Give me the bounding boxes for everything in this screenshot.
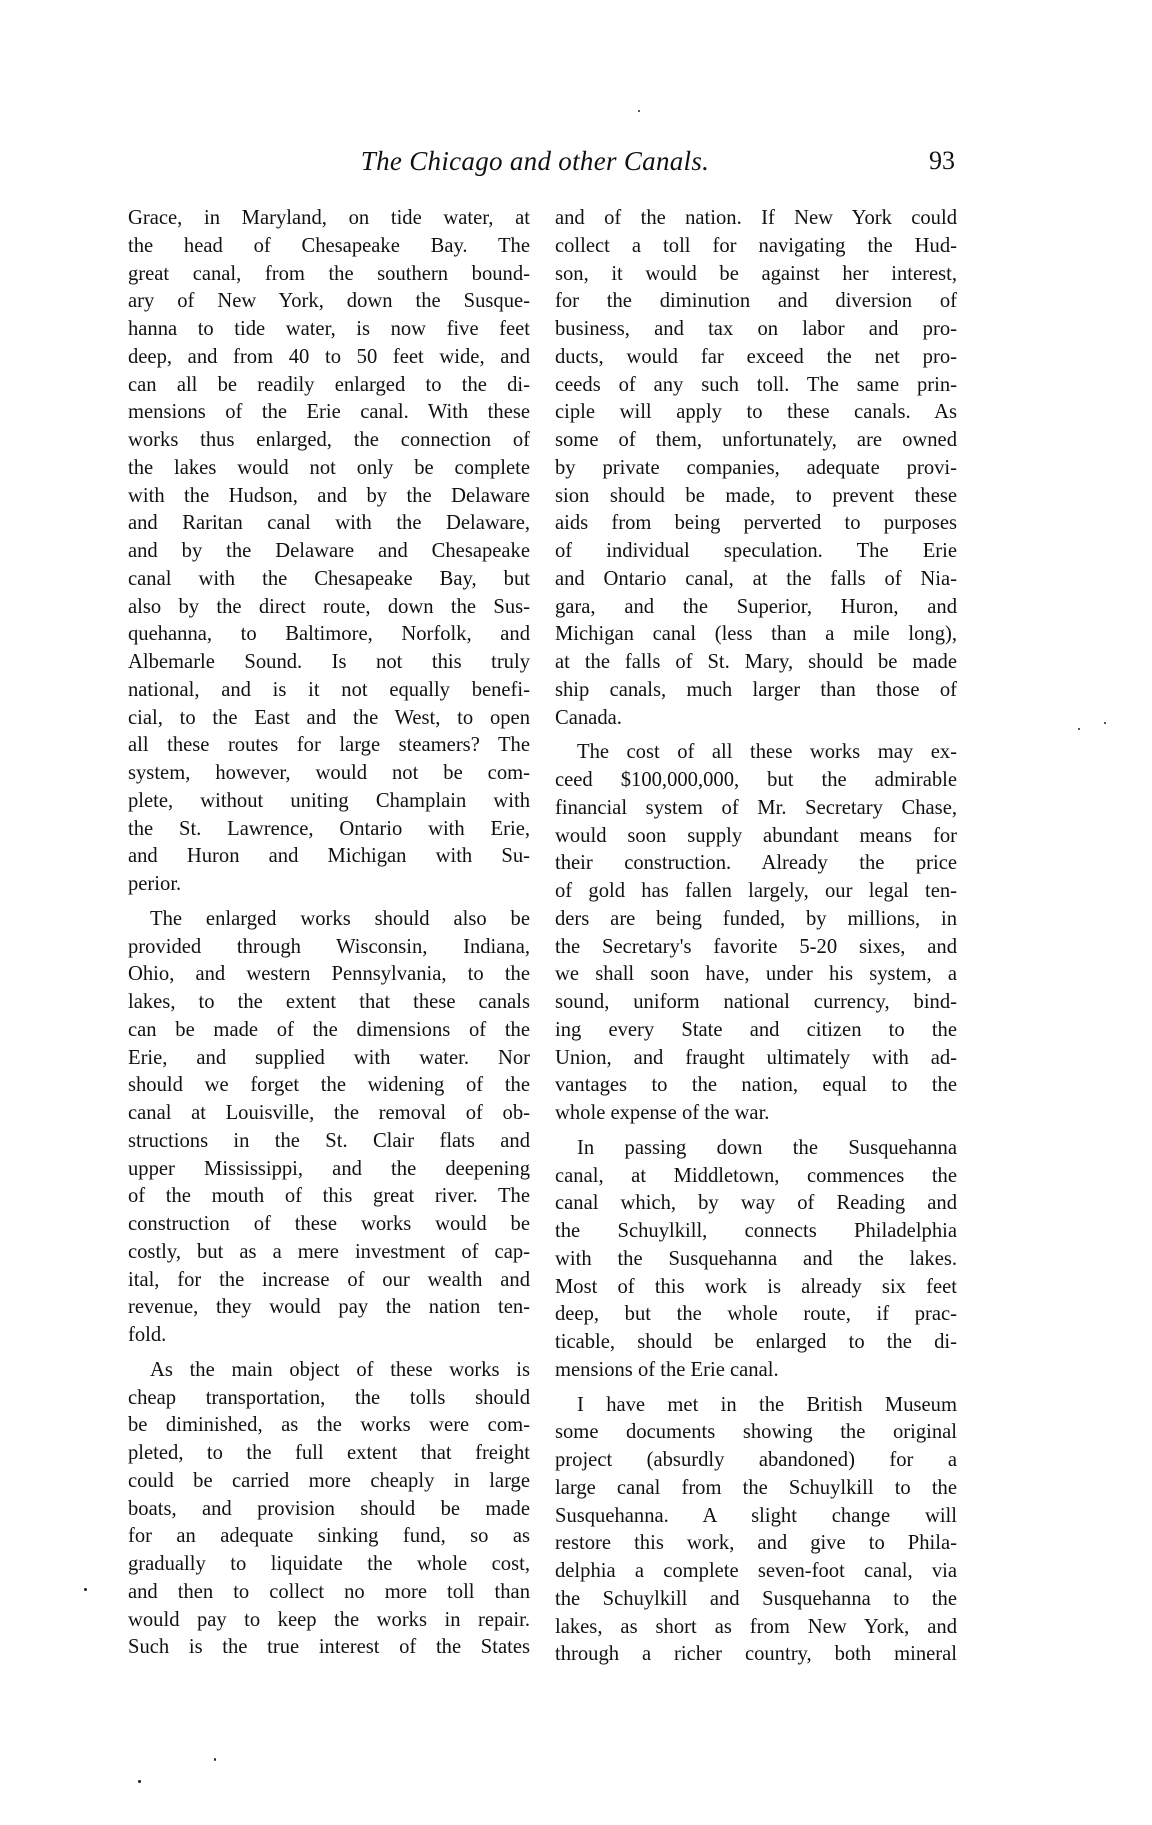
text-line: cial, to the East and the West, to open <box>128 705 530 733</box>
text-line: lakes, as short as from New York, and <box>555 1614 957 1642</box>
text-line: mensions of the Erie canal. With these <box>128 399 530 427</box>
page-header: The Chicago and other Canals. 93 <box>0 146 1152 186</box>
text-line: the Secretary's favorite 5-20 sixes, and <box>555 934 957 962</box>
page-number: 93 <box>905 146 955 176</box>
text-line: quehanna, to Baltimore, Norfolk, and <box>128 621 530 649</box>
text-line: also by the direct route, down the Sus- <box>128 594 530 622</box>
text-line: business, and tax on labor and pro- <box>555 316 957 344</box>
scan-speck <box>84 1588 87 1591</box>
paragraph: Grace, in Maryland, on tide water, atthe… <box>128 205 530 899</box>
text-line: whole expense of the war. <box>555 1100 957 1128</box>
text-line: national, and is it not equally benefi- <box>128 677 530 705</box>
text-line: pleted, to the full extent that freight <box>128 1440 530 1468</box>
text-line: some of them, unfortunately, are owned <box>555 427 957 455</box>
text-line: Canada. <box>555 705 957 733</box>
text-line: with the Hudson, and by the Delaware <box>128 483 530 511</box>
paragraph: The enlarged works should also beprovide… <box>128 906 530 1350</box>
text-line: lakes, to the extent that these canals <box>128 989 530 1017</box>
text-line: by private companies, adequate provi- <box>555 455 957 483</box>
text-line: at the falls of St. Mary, should be made <box>555 649 957 677</box>
text-line: revenue, they would pay the nation ten- <box>128 1294 530 1322</box>
text-line: boats, and provision should be made <box>128 1496 530 1524</box>
text-line: we shall soon have, under his system, a <box>555 961 957 989</box>
text-line: As the main object of these works is <box>128 1357 530 1385</box>
left-column: Grace, in Maryland, on tide water, atthe… <box>128 205 530 1669</box>
text-line: cheap transportation, the tolls should <box>128 1385 530 1413</box>
text-line: through a richer country, both mineral <box>555 1641 957 1669</box>
text-line: deep, and from 40 to 50 feet wide, and <box>128 344 530 372</box>
scan-speck <box>638 110 640 112</box>
text-line: ital, for the increase of our wealth and <box>128 1267 530 1295</box>
text-line: ship canals, much larger than those of <box>555 677 957 705</box>
text-line: aids from being perverted to purposes <box>555 510 957 538</box>
text-line: and by the Delaware and Chesapeake <box>128 538 530 566</box>
scan-speck <box>214 1758 216 1761</box>
text-line: perior. <box>128 871 530 899</box>
text-line: provided through Wisconsin, Indiana, <box>128 934 530 962</box>
scan-speck <box>138 1780 141 1783</box>
text-line: Michigan canal (less than a mile long), <box>555 621 957 649</box>
text-line: be diminished, as the works were com- <box>128 1412 530 1440</box>
text-line: The cost of all these works may ex- <box>555 739 957 767</box>
text-line: financial system of Mr. Secretary Chase, <box>555 795 957 823</box>
text-line: vantages to the nation, equal to the <box>555 1072 957 1100</box>
text-line: ducts, would far exceed the net pro- <box>555 344 957 372</box>
text-line: for an adequate sinking fund, so as <box>128 1523 530 1551</box>
text-line: Susquehanna. A slight change will <box>555 1503 957 1531</box>
text-line: of individual speculation. The Erie <box>555 538 957 566</box>
text-line: upper Mississippi, and the deepening <box>128 1156 530 1184</box>
right-column: and of the nation. If New York couldcoll… <box>555 205 957 1676</box>
text-line: and then to collect no more toll than <box>128 1579 530 1607</box>
text-line: great canal, from the southern bound- <box>128 261 530 289</box>
text-line: ing every State and citizen to the <box>555 1017 957 1045</box>
text-line: gradually to liquidate the whole cost, <box>128 1551 530 1579</box>
text-line: canal which, by way of Reading and <box>555 1190 957 1218</box>
text-line: canal, at Middletown, commences the <box>555 1163 957 1191</box>
text-line: ders are being funded, by millions, in <box>555 906 957 934</box>
text-line: and Ontario canal, at the falls of Nia- <box>555 566 957 594</box>
text-line: would soon supply abundant means for <box>555 823 957 851</box>
text-line: restore this work, and give to Phila- <box>555 1530 957 1558</box>
text-line: can all be readily enlarged to the di- <box>128 372 530 400</box>
text-line: Such is the true interest of the States <box>128 1634 530 1662</box>
text-line: ary of New York, down the Susque- <box>128 288 530 316</box>
text-line: ciple will apply to these canals. As <box>555 399 957 427</box>
text-line: son, it would be against her interest, <box>555 261 957 289</box>
text-line: hanna to tide water, is now five feet <box>128 316 530 344</box>
text-line: the Schuylkill, connects Philadelphia <box>555 1218 957 1246</box>
text-line: ticable, should be enlarged to the di- <box>555 1329 957 1357</box>
paragraph: As the main object of these works ischea… <box>128 1357 530 1662</box>
paragraph: In passing down the Susquehannacanal, at… <box>555 1135 957 1385</box>
text-line: works thus enlarged, the connection of <box>128 427 530 455</box>
text-line: could be carried more cheaply in large <box>128 1468 530 1496</box>
text-line: some documents showing the original <box>555 1419 957 1447</box>
scan-speck <box>1104 722 1106 724</box>
text-line: Ohio, and western Pennsylvania, to the <box>128 961 530 989</box>
text-line: large canal from the Schuylkill to the <box>555 1475 957 1503</box>
text-line: system, however, would not be com- <box>128 760 530 788</box>
text-line: In passing down the Susquehanna <box>555 1135 957 1163</box>
text-line: ceed $100,000,000, but the admirable <box>555 767 957 795</box>
scan-speck <box>1078 728 1080 730</box>
paragraph: and of the nation. If New York couldcoll… <box>555 205 957 732</box>
text-line: structions in the St. Clair flats and <box>128 1128 530 1156</box>
text-line: can be made of the dimensions of the <box>128 1017 530 1045</box>
text-line: mensions of the Erie canal. <box>555 1357 957 1385</box>
text-line: would pay to keep the works in repair. <box>128 1607 530 1635</box>
text-line: for the diminution and diversion of <box>555 288 957 316</box>
text-line: ceeds of any such toll. The same prin- <box>555 372 957 400</box>
paragraph: I have met in the British Museumsome doc… <box>555 1392 957 1670</box>
text-line: deep, but the whole route, if prac- <box>555 1301 957 1329</box>
text-line: construction of these works would be <box>128 1211 530 1239</box>
text-line: gara, and the Superior, Huron, and <box>555 594 957 622</box>
text-line: of gold has fallen largely, our legal te… <box>555 878 957 906</box>
text-line: sion should be made, to prevent these <box>555 483 957 511</box>
text-line: and of the nation. If New York could <box>555 205 957 233</box>
text-line: canal with the Chesapeake Bay, but <box>128 566 530 594</box>
text-line: with the Susquehanna and the lakes. <box>555 1246 957 1274</box>
text-line: collect a toll for navigating the Hud- <box>555 233 957 261</box>
text-line: should we forget the widening of the <box>128 1072 530 1100</box>
paragraph: The cost of all these works may ex-ceed … <box>555 739 957 1128</box>
text-line: Union, and fraught ultimately with ad- <box>555 1045 957 1073</box>
text-line: plete, without uniting Champlain with <box>128 788 530 816</box>
text-line: the lakes would not only be complete <box>128 455 530 483</box>
text-line: Albemarle Sound. Is not this truly <box>128 649 530 677</box>
text-line: and Raritan canal with the Delaware, <box>128 510 530 538</box>
text-line: the St. Lawrence, Ontario with Erie, <box>128 816 530 844</box>
text-line: Grace, in Maryland, on tide water, at <box>128 205 530 233</box>
text-line: their construction. Already the price <box>555 850 957 878</box>
text-line: canal at Louisville, the removal of ob- <box>128 1100 530 1128</box>
text-line: the head of Chesapeake Bay. The <box>128 233 530 261</box>
text-line: of the mouth of this great river. The <box>128 1183 530 1211</box>
text-line: delphia a complete seven-foot canal, via <box>555 1558 957 1586</box>
text-line: costly, but as a mere investment of cap- <box>128 1239 530 1267</box>
text-line: fold. <box>128 1322 530 1350</box>
text-line: the Schuylkill and Susquehanna to the <box>555 1586 957 1614</box>
text-line: I have met in the British Museum <box>555 1392 957 1420</box>
text-line: all these routes for large steamers? The <box>128 732 530 760</box>
text-line: sound, uniform national currency, bind- <box>555 989 957 1017</box>
text-line: project (absurdly abandoned) for a <box>555 1447 957 1475</box>
running-title: The Chicago and other Canals. <box>330 146 740 177</box>
text-line: Most of this work is already six feet <box>555 1274 957 1302</box>
text-line: The enlarged works should also be <box>128 906 530 934</box>
text-line: Erie, and supplied with water. Nor <box>128 1045 530 1073</box>
text-line: and Huron and Michigan with Su- <box>128 843 530 871</box>
